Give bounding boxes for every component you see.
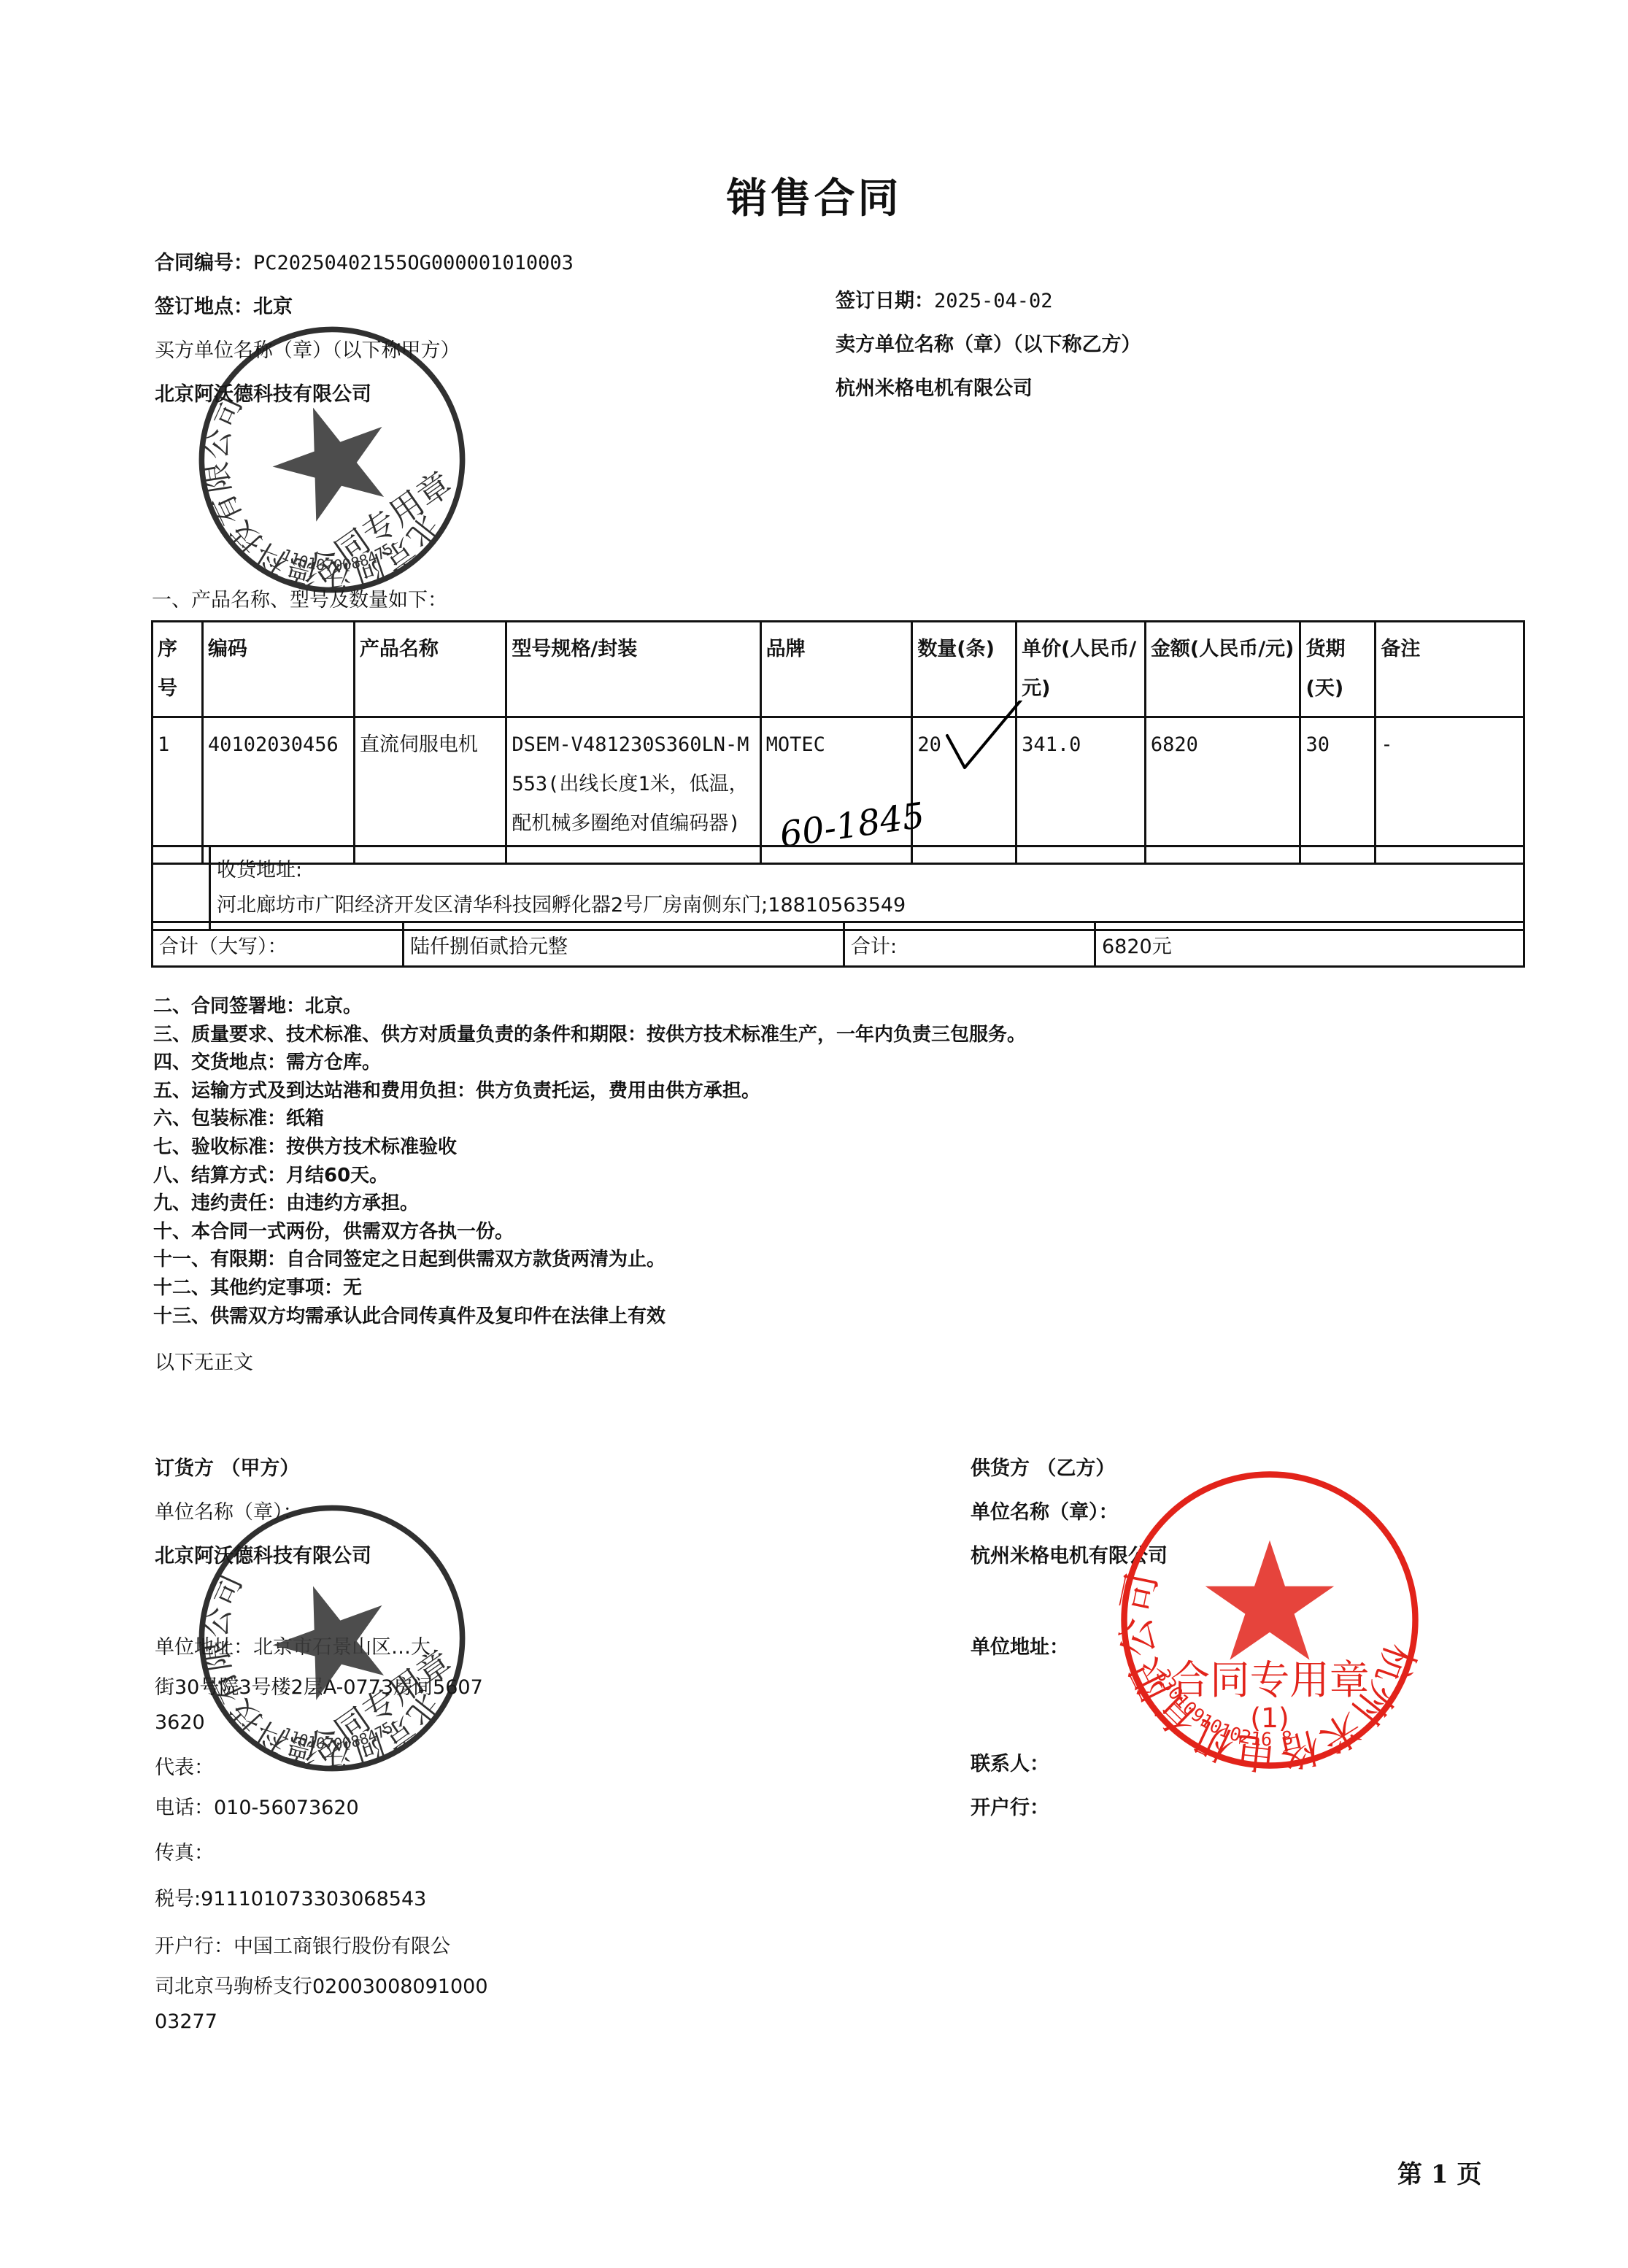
cell-unit-price: 341.0 xyxy=(1016,717,1146,864)
clause-item: 十、本合同一式两份，供需双方各执一份。 xyxy=(153,1218,1026,1246)
cell-amount: 6820 xyxy=(1145,717,1300,864)
sign-place-value: 北京 xyxy=(253,296,293,318)
items-table: 序号 编码 产品名称 型号规格/封装 品牌 数量(条) 单价(人民币/元) 金额… xyxy=(151,620,1525,865)
clause-item: 九、违约责任：由违约方承担。 xyxy=(153,1189,1026,1218)
clause-item: 五、运输方式及到达站港和费用负担：供方负责托运，费用由供方承担。 xyxy=(153,1077,1026,1106)
buyer-bank-line1: 开户行：中国工商银行股份有限公 xyxy=(155,1930,450,1959)
ship-address-row: 收货地址: 河北廊坊市广阳经济开发区清华科技园孵化器2号厂房南侧东门;18810… xyxy=(151,845,1525,931)
sign-date: 签订日期：2025-04-02 xyxy=(836,285,1053,313)
header-amount: 金额(人民币/元) xyxy=(1145,622,1300,717)
buyer-contract-stamp-bottom: 北京阿沃德科技有限公司 合同专用章 1101070088475 xyxy=(193,1500,471,1777)
seller-stamp-center-text: 合同专用章 xyxy=(1170,1656,1370,1703)
clause-item: 十三、供需双方均需承认此合同传真件及复印件在法律上有效 xyxy=(153,1303,1026,1331)
seller-contract-stamp: 杭州米格电机有限公司 合同专用章 (1) 3301091010216 8 xyxy=(1116,1467,1423,1773)
buyer-contract-stamp-top: 北京阿沃德科技有限公司 合同专用章 1101070088475 xyxy=(193,321,471,598)
clause-item: 三、质量要求、技术标准、供方对质量负责的条件和期限：按供方技术标准生产，一年内负… xyxy=(153,1021,1026,1049)
clause-item: 六、包装标准：纸箱 xyxy=(153,1105,1026,1133)
buyer-heading: 订货方 （甲方） xyxy=(155,1452,299,1481)
cell-product: 直流伺服电机 xyxy=(354,717,506,864)
cell-remark: - xyxy=(1376,717,1524,864)
header-unit-price: 单价(人民币/元) xyxy=(1016,622,1146,717)
total-value: 6820元 xyxy=(1095,922,1524,967)
seller-unit-name-label: 单位名称（章）： xyxy=(971,1496,1119,1524)
clause-item: 十一、有限期：自合同签定之日起到供需双方款货两清为止。 xyxy=(153,1246,1026,1274)
seller-contact-label: 联系人： xyxy=(971,1748,1049,1776)
header-code: 编码 xyxy=(202,622,354,717)
table-row: 1 40102030456 直流伺服电机 DSEM-V481230S360LN-… xyxy=(153,717,1524,864)
total-upper-value: 陆仟捌佰贰拾元整 xyxy=(404,922,844,967)
buyer-phone: 电话：010-56073620 xyxy=(155,1791,359,1820)
page-number: 第 1 页 xyxy=(1397,2154,1481,2190)
document-title: 销售合同 xyxy=(0,166,1628,225)
buyer-tax-no: 税号:911101073303068543 xyxy=(155,1883,426,1911)
contract-number-value: PC20250402155OG000001010003 xyxy=(253,252,574,274)
buyer-bank-line2: 司北京马驹桥支行02003008091000 xyxy=(155,1970,488,1999)
total-row: 合计（大写）： 陆仟捌佰贰拾元整 合计: 6820元 xyxy=(151,921,1525,968)
clause-item: 十二、其他约定事项：无 xyxy=(153,1274,1026,1303)
header-product: 产品名称 xyxy=(354,622,506,717)
sign-date-label: 签订日期： xyxy=(836,290,934,312)
contract-number: 合同编号：PC20250402155OG000001010003 xyxy=(155,247,574,275)
seller-bank-label: 开户行： xyxy=(971,1791,1049,1820)
cell-seq: 1 xyxy=(153,717,203,864)
clause-item: 七、验收标准：按供方技术标准验收 xyxy=(153,1133,1026,1162)
check-mark-icon xyxy=(941,701,1029,781)
sign-date-value: 2025-04-02 xyxy=(934,290,1053,312)
header-spec: 型号规格/封装 xyxy=(506,622,760,717)
contract-clauses: 二、合同签署地：北京。 三、质量要求、技术标准、供方对质量负责的条件和期限：按供… xyxy=(153,992,1026,1330)
header-brand: 品牌 xyxy=(760,622,912,717)
seller-address-label: 单位地址： xyxy=(971,1631,1069,1659)
clause-item: 二、合同签署地：北京。 xyxy=(153,992,1026,1021)
total-upper-label: 合计（大写）： xyxy=(153,922,404,967)
clause-item: 四、交货地点：需方仓库。 xyxy=(153,1049,1026,1077)
header-lead-days: 货期(天) xyxy=(1300,622,1376,717)
seller-name: 杭州米格电机有限公司 xyxy=(836,372,1033,401)
end-note: 以下无正文 xyxy=(155,1346,253,1375)
seller-heading: 供货方 （乙方） xyxy=(971,1452,1115,1481)
seller-label: 卖方单位名称（章）（以下称乙方） xyxy=(836,328,1141,357)
sign-place-label: 签订地点： xyxy=(155,296,253,318)
total-label: 合计: xyxy=(844,922,1095,967)
cell-lead-days: 30 xyxy=(1300,717,1376,864)
contract-number-label: 合同编号： xyxy=(155,252,253,274)
clause-item: 八、结算方式：月结60天。 xyxy=(153,1162,1026,1190)
cell-brand: MOTEC 60-1845 xyxy=(760,717,912,864)
header-seq: 序号 xyxy=(153,622,203,717)
table-header-row: 序号 编码 产品名称 型号规格/封装 品牌 数量(条) 单价(人民币/元) 金额… xyxy=(153,622,1524,717)
buyer-bank-line3: 03277 xyxy=(155,2010,217,2033)
ship-address-label: 收货地址: xyxy=(217,853,1517,888)
header-remark: 备注 xyxy=(1376,622,1524,717)
cell-code: 40102030456 xyxy=(202,717,354,864)
brand-value: MOTEC xyxy=(766,733,825,756)
ship-address-value: 河北廊坊市广阳经济开发区清华科技园孵化器2号厂房南侧东门;18810563549 xyxy=(217,888,1517,923)
buyer-fax: 传真： xyxy=(155,1837,214,1865)
address-spacer-cell xyxy=(153,846,210,930)
cell-spec: DSEM-V481230S360LN-M553(出线长度1米，低温，配机械多圈绝… xyxy=(506,717,760,864)
ship-address-cell: 收货地址: 河北廊坊市广阳经济开发区清华科技园孵化器2号厂房南侧东门;18810… xyxy=(210,846,1524,930)
sign-place: 签订地点：北京 xyxy=(155,290,293,319)
